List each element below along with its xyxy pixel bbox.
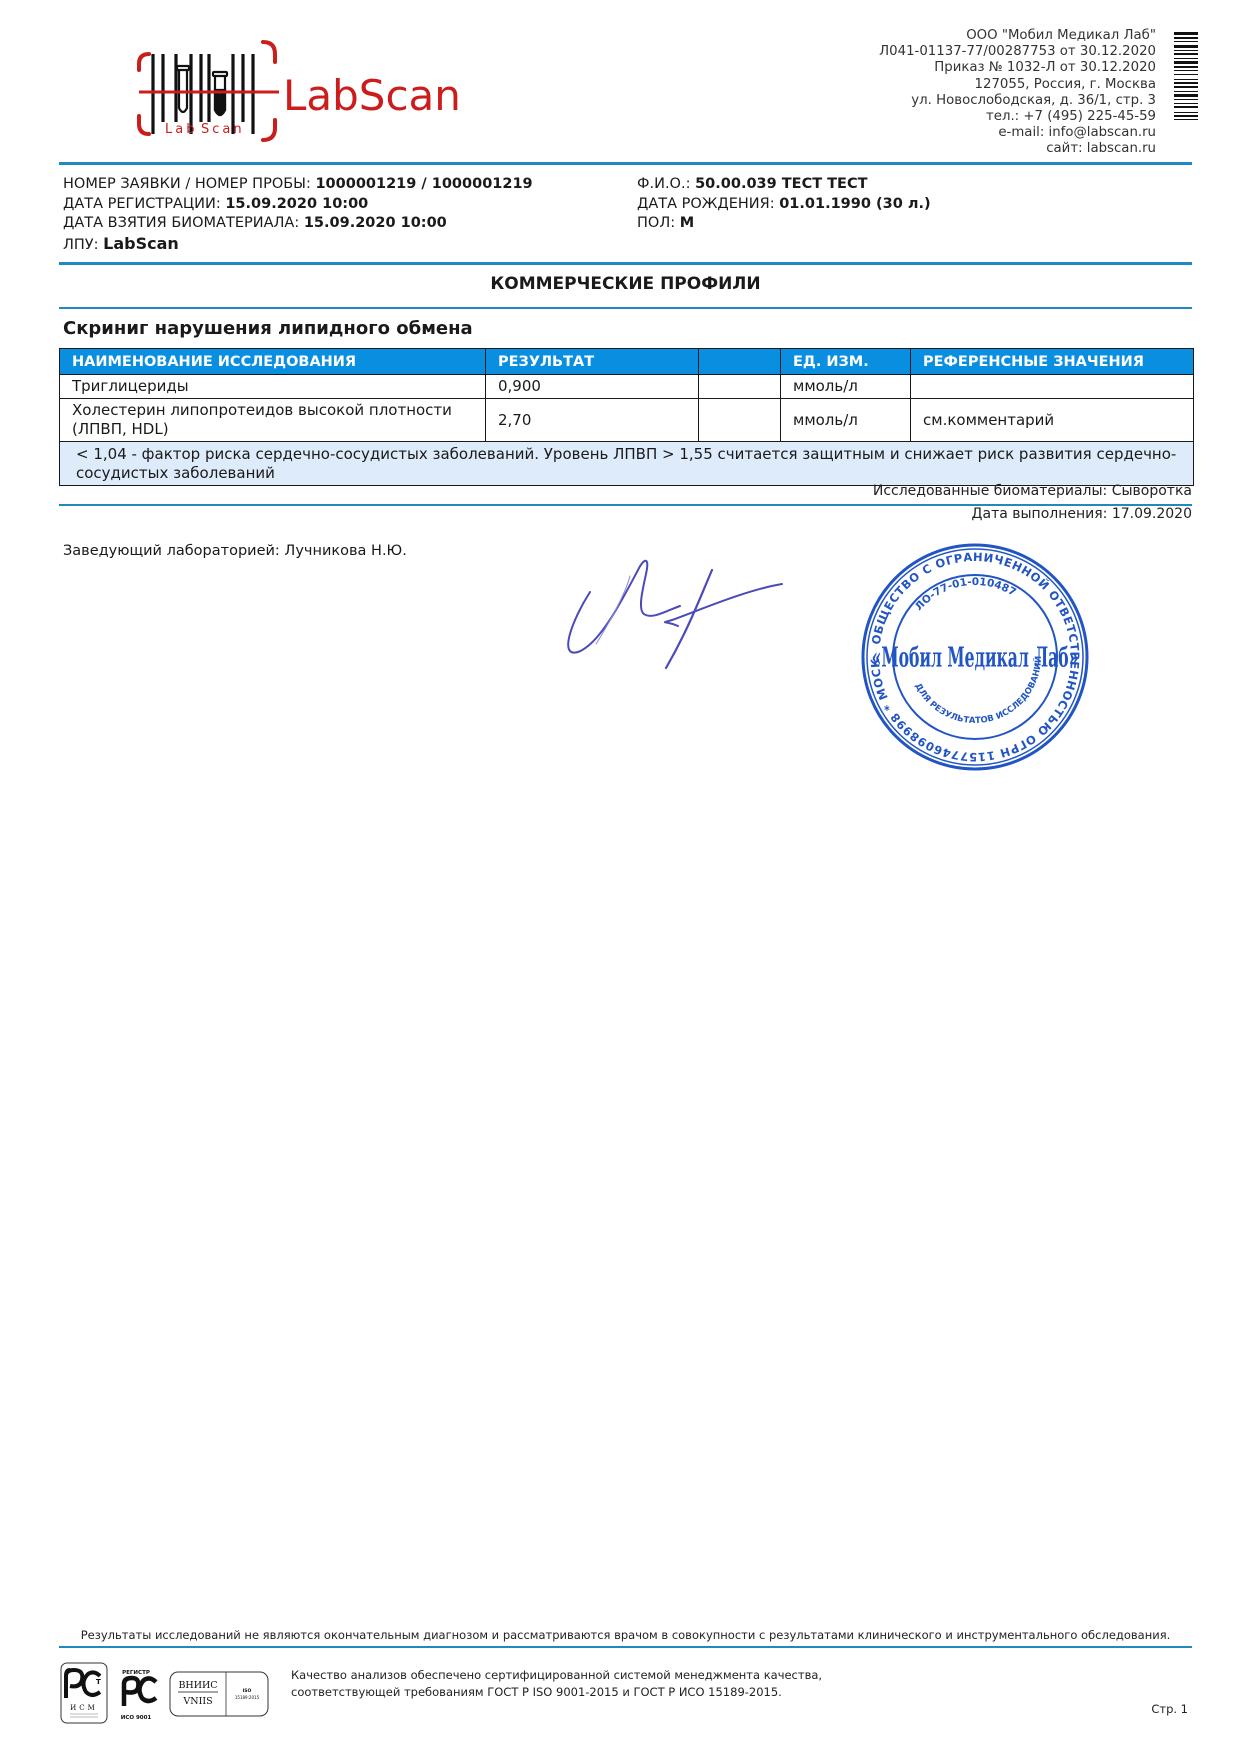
order-number-row: НОМЕР ЗАЯВКИ / НОМЕР ПРОБЫ: 1000001219 /… [63,175,533,195]
comment-row: < 1,04 - фактор риска сердечно-сосудисты… [60,442,1194,486]
disclaimer: Результаты исследований не являются окон… [59,1628,1192,1642]
order-info: НОМЕР ЗАЯВКИ / НОМЕР ПРОБЫ: 1000001219 /… [63,175,533,255]
test-result: 2,70 [486,399,699,442]
test-flag [699,375,781,399]
profile-title: Скриниг нарушения липидного обмена [63,318,473,339]
stamp-center-text: «Мобил Медикал Лаб» [872,642,1079,674]
birth-date-label: ДАТА РОЖДЕНИЯ: [637,196,779,212]
registration-date-row: ДАТА РЕГИСТРАЦИИ: 15.09.2020 10:00 [63,195,533,215]
head-of-lab: Заведующий лабораторией: Лучникова Н.Ю. [63,543,407,559]
header-flag [699,349,781,375]
sex-value: М [680,215,694,231]
official-stamp: ОБЩЕСТВО С ОГРАНИЧЕННОЙ ОТВЕТСТВЕННОСТЬЮ… [858,540,1092,774]
header-test-name: НАИМЕНОВАНИЕ ИССЛЕДОВАНИЯ [60,349,486,375]
svg-text:ЛО-77-01-010487: ЛО-77-01-010487 [913,576,1018,613]
biomaterial-info: Исследованные биоматериалы: Сыворотка [873,483,1192,499]
sampling-date-row: ДАТА ВЗЯТИЯ БИОМАТЕРИАЛА: 15.09.2020 10:… [63,214,533,234]
cert-register: РЕГИСТР [122,1670,150,1676]
quality-line-2: соответствующей требованиям ГОСТ Р ISO 9… [291,1684,822,1701]
table-row: Триглицериды 0,900 ммоль/л [60,375,1194,399]
logo-small-scan: Scan [201,122,245,137]
section-divider [59,307,1192,309]
logo-brand-text: LabScan [283,71,461,120]
test-unit: ммоль/л [781,399,911,442]
rst-ism-logo-icon: Т ИСМ [61,1663,107,1723]
company-name: ООО "Мобил Медикал Лаб" [879,28,1156,44]
cert-iso9001: ИСО 9001 [121,1715,152,1721]
test-name: Триглицериды [60,375,486,399]
sex-label: ПОЛ: [637,215,680,231]
company-order: Приказ № 1032-Л от 30.12.2020 [879,60,1156,76]
lpu-value: LabScan [103,234,179,253]
registration-date-value: 15.09.2020 10:00 [225,196,368,212]
cert-ism: ИСМ [70,1704,98,1712]
stamp-license: ЛО-77-01-010487 [913,576,1018,613]
vniis-logo-icon: ВНИИС VNIIS ISO 15189:2015 [170,1672,268,1716]
info-divider [59,262,1192,265]
completion-date: Дата выполнения: 17.09.2020 [972,506,1192,522]
certification-logos: Т ИСМ РЕГИСТР ИСО 9001 ВНИИС VNIIS ISO 1… [60,1662,270,1724]
quality-statement: Качество анализов обеспечено сертифициро… [291,1667,822,1701]
page-number: Стр. 1 [1151,1702,1188,1716]
labscan-logo: Lab Scan LabScan [135,32,495,152]
header-reference: РЕФЕРЕНСНЫЕ ЗНАЧЕНИЯ [911,349,1194,375]
sex-row: ПОЛ: М [637,214,931,234]
rst-register-logo-icon: РЕГИСТР ИСО 9001 [121,1670,156,1721]
patient-name-label: Ф.И.О.: [637,176,695,192]
test-name: Холестерин липопротеидов высокой плотнос… [60,399,486,442]
table-header-row: НАИМЕНОВАНИЕ ИССЛЕДОВАНИЯ РЕЗУЛЬТАТ ЕД. … [60,349,1194,375]
patient-info: Ф.И.О.: 50.00.039 ТЕСТ ТЕСТ ДАТА РОЖДЕНИ… [637,175,931,234]
test-reference [911,375,1194,399]
lpu-label: ЛПУ: [63,237,103,253]
vertical-barcode-icon [1174,32,1198,160]
quality-line-1: Качество анализов обеспечено сертифициро… [291,1667,822,1684]
order-number-value: 1000001219 / 1000001219 [315,176,532,192]
company-email: e-mail: info@labscan.ru [879,125,1156,141]
cert-vniis-ru: ВНИИС [178,1680,217,1691]
svg-text:Т: Т [96,1678,101,1686]
birth-date-value: 01.01.1990 (30 л.) [779,196,930,212]
test-reference: см.комментарий [911,399,1194,442]
lpu-row: ЛПУ: LabScan [63,234,533,256]
test-unit: ммоль/л [781,375,911,399]
order-number-label: НОМЕР ЗАЯВКИ / НОМЕР ПРОБЫ: [63,176,315,192]
signature-image [560,540,790,680]
sampling-date-label: ДАТА ВЗЯТИЯ БИОМАТЕРИАЛА: [63,215,304,231]
test-comment: < 1,04 - фактор риска сердечно-сосудисты… [60,442,1194,486]
company-info: ООО "Мобил Медикал Лаб" Л041-01137-77/00… [879,28,1156,158]
header-unit: ЕД. ИЗМ. [781,349,911,375]
section-title: КОММЕРЧЕСКИЕ ПРОФИЛИ [59,274,1192,294]
footer-divider [59,1646,1192,1648]
table-row: Холестерин липопротеидов высокой плотнос… [60,399,1194,442]
company-street: ул. Новослободская, д. 36/1, стр. 3 [879,93,1156,109]
patient-name-value: 50.00.039 ТЕСТ ТЕСТ [695,176,867,192]
test-flag [699,399,781,442]
company-city: 127055, Россия, г. Москва [879,77,1156,93]
birth-date-row: ДАТА РОЖДЕНИЯ: 01.01.1990 (30 л.) [637,195,931,215]
company-site: сайт: labscan.ru [879,141,1156,157]
header-result: РЕЗУЛЬТАТ [486,349,699,375]
cert-iso-label: ISO [243,1688,252,1694]
company-phone: тел.: +7 (495) 225-45-59 [879,109,1156,125]
results-table: НАИМЕНОВАНИЕ ИССЛЕДОВАНИЯ РЕЗУЛЬТАТ ЕД. … [59,348,1194,486]
cert-vniis-en: VNIIS [182,1696,212,1707]
header-divider [59,162,1192,165]
registration-date-label: ДАТА РЕГИСТРАЦИИ: [63,196,225,212]
company-license: Л041-01137-77/00287753 от 30.12.2020 [879,44,1156,60]
logo-small-lab: Lab [165,122,197,137]
patient-name-row: Ф.И.О.: 50.00.039 ТЕСТ ТЕСТ [637,175,931,195]
test-result: 0,900 [486,375,699,399]
sampling-date-value: 15.09.2020 10:00 [304,215,447,231]
cert-iso-standard: 15189:2015 [235,1695,260,1700]
